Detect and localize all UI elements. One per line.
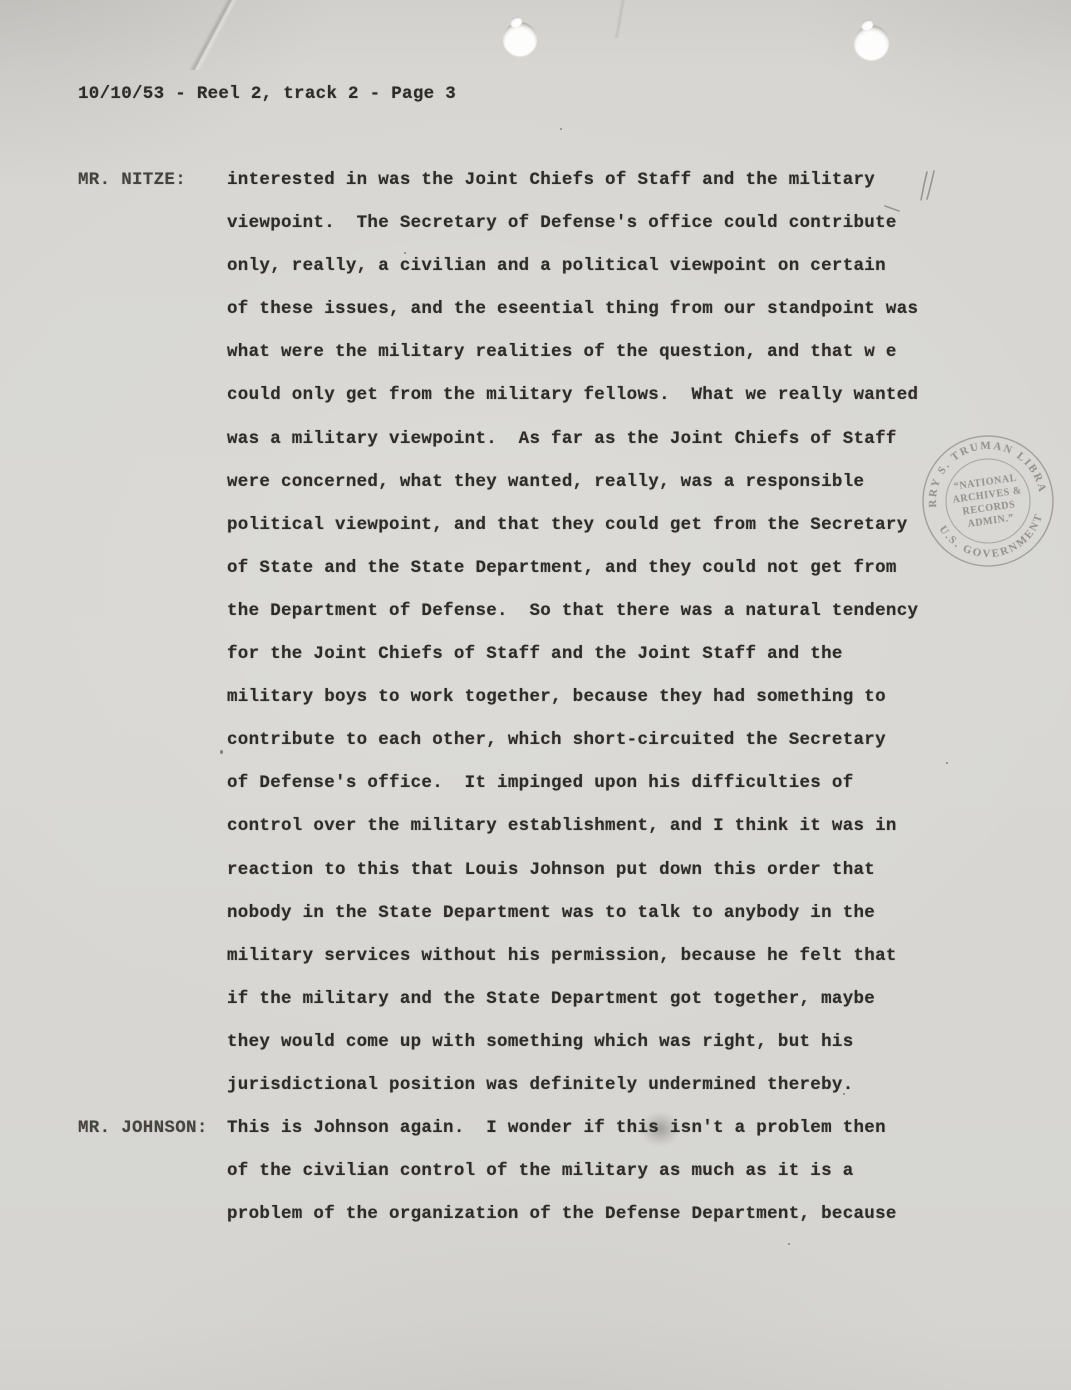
transcript-line: reaction to this that Louis Johnson put … [227, 849, 967, 892]
document-page: 10/10/53 - Reel 2, track 2 - Page 3 MR. … [0, 0, 1071, 1390]
transcript-line: viewpoint. The Secretary of Defense's of… [227, 202, 967, 245]
speaker-block: MR. NITZE:interested in was the Joint Ch… [227, 159, 967, 1107]
transcript-line: military boys to work together, because … [227, 676, 967, 719]
paper-speck [843, 1093, 845, 1095]
transcript-line: could only get from the military fellows… [227, 374, 967, 417]
transcript-line: of the civilian control of the military … [227, 1150, 967, 1193]
paper-speck [788, 1243, 790, 1245]
ink-smudge [640, 1112, 680, 1146]
hole-punch-left [503, 22, 537, 56]
paper-speck [560, 128, 562, 130]
transcript-line: were concerned, what they wanted, really… [227, 461, 967, 504]
archives-stamp: HARRY S. TRUMAN LIBRARY U.S. GOVERNMENT … [898, 411, 1071, 592]
transcript-line: political viewpoint, and that they could… [227, 504, 967, 547]
transcript-line: contribute to each other, which short-ci… [227, 719, 967, 762]
transcript-line: the Department of Defense. So that there… [227, 590, 967, 633]
transcript-line: nobody in the State Department was to ta… [227, 892, 967, 935]
transcript-line: jurisdictional position was definitely u… [227, 1064, 967, 1107]
paper-crease [138, 0, 288, 70]
transcript: MR. NITZE:interested in was the Joint Ch… [227, 159, 967, 1236]
page-header: 10/10/53 - Reel 2, track 2 - Page 3 [78, 84, 456, 104]
transcript-line: was a military viewpoint. As far as the … [227, 418, 967, 461]
paper-speck [404, 252, 406, 254]
transcript-line: what were the military realities of the … [227, 331, 967, 374]
transcript-line: of State and the State Department, and t… [227, 547, 967, 590]
transcript-line: they would come up with something which … [227, 1021, 967, 1064]
transcript-line: This is Johnson again. I wonder if this … [227, 1107, 967, 1150]
paper-speck [220, 750, 223, 754]
transcript-line: for the Joint Chiefs of Staff and the Jo… [227, 633, 967, 676]
transcript-line: interested in was the Joint Chiefs of St… [227, 159, 967, 202]
paper-crease [560, 0, 680, 38]
transcript-line: control over the military establishment,… [227, 805, 967, 848]
speaker-label: MR. NITZE: [78, 159, 186, 202]
speaker-block: MR. JOHNSON:This is Johnson again. I won… [227, 1107, 967, 1236]
paper-speck [946, 762, 948, 764]
transcript-line: of these issues, and the eseential thing… [227, 288, 967, 331]
speaker-label: MR. JOHNSON: [78, 1107, 208, 1150]
transcript-line: problem of the organization of the Defen… [227, 1193, 967, 1236]
transcript-line: of Defense's office. It impinged upon hi… [227, 762, 967, 805]
transcript-line: if the military and the State Department… [227, 978, 967, 1021]
transcript-line: only, really, a civilian and a political… [227, 245, 967, 288]
hole-punch-right [854, 25, 889, 60]
transcript-line: military services without his permission… [227, 935, 967, 978]
